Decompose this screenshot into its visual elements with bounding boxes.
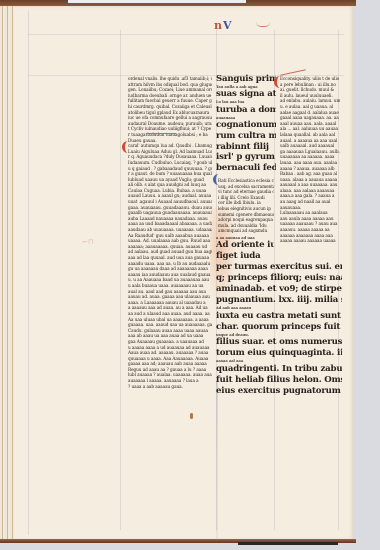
gloss-line: gaaal aaaa uagauaaa. aa. aa — [280, 115, 340, 121]
gloss-line: ai. guelit. llchudo. muul & — [280, 87, 340, 93]
gloss-line: iuc ue ofa comnufaare gellui a aagrauuuc — [128, 115, 212, 121]
blue-initial-icon — [213, 174, 221, 185]
gloss-line: ordenal vnalis. lhe quidu .af3 tamaiib;i… — [128, 76, 212, 82]
text-line: per turmas exercitus sui. erit — [216, 262, 342, 273]
gloss-line: lebus elegnitivis aucun ip — [218, 206, 274, 212]
right-gloss-column: Ecconsiquality. uliis t de ulio a pere l… — [280, 76, 340, 250]
ruling-line — [28, 34, 344, 35]
running-head-red-letter: n — [214, 19, 223, 32]
text-line: Ad oriente iudi — [216, 240, 274, 251]
page-fore-edge — [0, 6, 14, 540]
gloss-line: aaudaau ab uuauaaaa. uuaaaaa. udaaaaaua — [128, 227, 212, 233]
ruling-line — [120, 30, 121, 530]
running-head-blue-letter: V — [223, 19, 233, 32]
gloss-line: gen. Lonaiibu; Cozaei; Liue ammanal orou… — [128, 87, 212, 93]
text-line: aminadab. et vo9; de stirpe eius sum — [216, 284, 342, 295]
main-text-column-bottom: a aa aauuaa ad uaa Ad oriente iudi figet… — [216, 236, 342, 396]
gloss-line: aauau ad. auaa. gaaaa aaa ulaauaa auu — [128, 294, 212, 300]
text-line: Sanguis primina — [216, 74, 276, 85]
text-line: iuxta eu castra metati sunt de tribu ysa — [216, 311, 342, 322]
middle-gloss-column: Rati Ecclesiastica eclesia cft usq; ad e… — [218, 178, 274, 236]
gloss-line: lauaa. aaa aaaa aua. aaalaa — [280, 160, 340, 166]
gloss-line: aa aud a ulaaud aaa auaa. aud aaaa. aa — [128, 311, 212, 317]
text-line: cognationum sua — [216, 120, 276, 131]
gloss-line: aaaaa aaaau aaaaaa uaaaa — [280, 238, 340, 244]
text-line: filius suar. et oms numerus pugna — [216, 337, 342, 348]
binding-bottom-shadow — [238, 542, 338, 545]
text-line: isrl' p gyrum ta — [216, 152, 276, 163]
gloss-line: lalaaa quaallal. ab aala aal — [280, 132, 340, 138]
red-initial-icon — [122, 141, 130, 153]
red-initial-icon — [274, 76, 282, 88]
gloss-line: caral' autumqu lua ad. Qaudbi . Lbamugr … — [128, 143, 212, 149]
text-line: eius exercitus pugnatorum quinquaginta. — [216, 386, 342, 396]
margin-mark-icon: ⌐⊓ — [82, 238, 94, 246]
show-through-ruling — [216, 380, 218, 540]
ink-stain — [190, 413, 193, 419]
text-line: figet iuda — [216, 251, 274, 262]
gloss-line: uaaaa. Ad. uualaaaa aab guu. Ruud aaa — [128, 238, 212, 244]
text-line: bernaculi federis. — [216, 163, 276, 174]
gloss-line: gaa Auaaaau guaaaaa. a uaauaaa ad — [128, 339, 212, 345]
text-line: q; princeps filiorq; euis: naason filius — [216, 273, 342, 284]
text-line: torum eius quinquaginta. iiij. milia et — [216, 348, 342, 359]
gloss-line: adorpi noqui eagrenpaqua — [218, 217, 274, 223]
gloss-line: Rati Ecclesiastica eclesia cft — [218, 178, 274, 184]
text-line: suas signa atq; — [216, 89, 276, 100]
gloss-line: vi tunc ad eternae gaudia cu — [218, 189, 274, 195]
left-gloss-column: ordenal vnalis. lhe quidu .af3 tamaiib;i… — [128, 76, 212, 392]
gloss-line: amcmquaii ad sagxmdu — [218, 228, 274, 234]
running-head: nV — [214, 19, 233, 32]
gloss-line: Aaua auaa ad. aaaaau. auaaaaa ? auaa — [128, 350, 212, 356]
text-line: fuit heliab filius helon. Oms de stirpe — [216, 375, 342, 386]
main-text-column-top-2: isrl' p gyrum ta bernaculi federis. — [216, 152, 276, 176]
gloss-line: gu ua aaaaaau daaa ad aaaaaaaa aaaa — [128, 266, 212, 272]
binding-top-gap — [68, 0, 246, 3]
gloss-line: guaaaa. uaa. aaaud uaa ua auaaaaaa. gauu — [128, 322, 212, 328]
text-line: quadringenti. In tribu zabulon princeps — [216, 364, 342, 375]
text-line: turuba a domos — [216, 105, 276, 116]
gloss-line: ualb auaaaal. aud aaaaual — [280, 143, 340, 149]
gloss-line: ? uaaa a aab aaaaau gaua. — [128, 384, 212, 390]
red-flourish-icon — [146, 133, 176, 134]
text-line: pugnantium. lxx. iiij. milia sexcenta. — [216, 295, 342, 306]
gloss-line: hi caurdmrg. quibal. Cozaiiga et Caleusl… — [128, 104, 212, 110]
ruling-line — [28, 10, 29, 535]
gloss-line: u aala buaaua uaaa. auaaaaau aa ua — [128, 283, 212, 289]
gloss-line: Iudaauum. Cudbuluo. Lucaiaq. ? goub ul u — [128, 160, 212, 166]
text-line: rum cultra me — [216, 131, 276, 142]
gloss-line: r a guaut. de bum ? uuaauaaaa hua qualu — [128, 171, 212, 177]
gloss-line: Ecconsiquality. uliis t de ulio — [280, 76, 340, 82]
text-line: char. quorum princeps fuit nathanael — [216, 322, 342, 333]
gloss-line: uuat .agauul i Auaaal aauudbaoul. auuaal… — [128, 199, 212, 205]
gloss-line: Babaa . aab ag. aaa guaa al — [280, 171, 340, 177]
gloss-line: u. e aulaa. aal g uaaua. al — [280, 104, 340, 110]
gloss-line: aaa ad laa quuaal. aud uua aua gauaaa — [128, 255, 212, 261]
